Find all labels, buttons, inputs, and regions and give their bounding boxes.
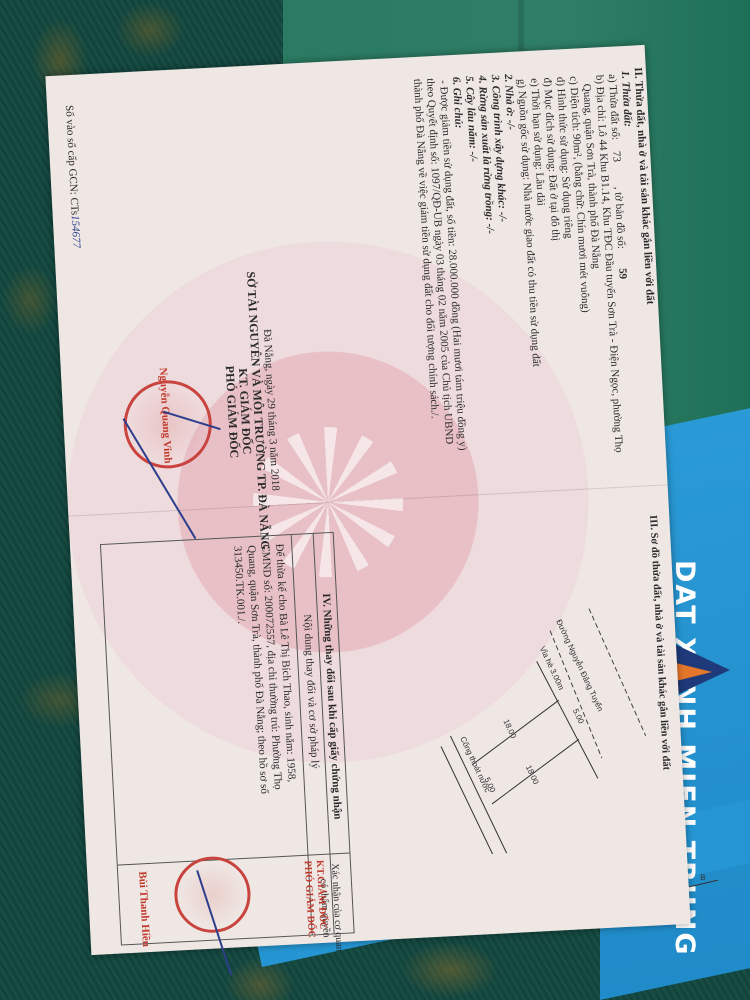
confirmation-title: KT.GIÁM ĐỐC PHÓ GIÁM ĐỐC — [301, 860, 329, 938]
land-certificate: II. Thửa đất, nhà ở và tài sản khác gắn … — [45, 45, 690, 955]
change-entry: Để thừa kế cho Bà Lê Thị Bích Thao, sinh… — [230, 543, 299, 795]
registry-label: Số vào sổ cấp GCN: CTs — [63, 105, 81, 216]
registry-value: 154677 — [69, 215, 83, 249]
parcel-diagram: Đường Nguyễn Đăng Tuyển Vỉa hè 3.00m 5.0… — [423, 584, 696, 857]
registry-number: Số vào sổ cấp GCN: CTs154677 — [62, 105, 82, 249]
map-number: 59 — [616, 268, 629, 280]
confirmation-signer: Bùi Thanh Hiền — [135, 871, 152, 947]
north-label: B — [700, 873, 706, 882]
section-2-land-parcel: II. Thửa đất, nhà ở và tài sản khác gắn … — [410, 67, 664, 463]
parcel-number: 73 — [610, 151, 623, 163]
